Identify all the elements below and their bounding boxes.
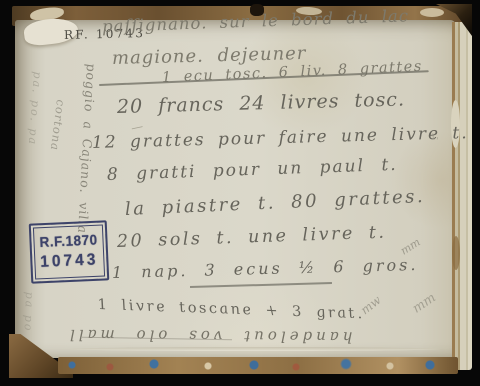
pencil-dash-mark: — <box>130 119 145 135</box>
notebook-page-photo: RF. 10743 paſſignano. sur le bord du lac… <box>0 0 480 386</box>
stamp-line-2: 10743 <box>40 249 99 272</box>
page-crease <box>70 347 440 351</box>
collection-stamp: R.F.1870 10743 <box>29 220 110 283</box>
marbled-cover-edge <box>58 357 458 374</box>
manuscript-line-upside-down: handelout vos olo mall <box>66 326 353 346</box>
stamp-line-1: R.F.1870 <box>39 232 98 252</box>
collection-stamp-text: R.F.1870 10743 <box>39 232 99 273</box>
margin-note-vertical-faint: pa po <box>22 292 36 333</box>
page-edge-stain <box>452 236 460 270</box>
page-edges-stack <box>452 22 472 370</box>
torn-paper-fragment <box>420 8 444 17</box>
